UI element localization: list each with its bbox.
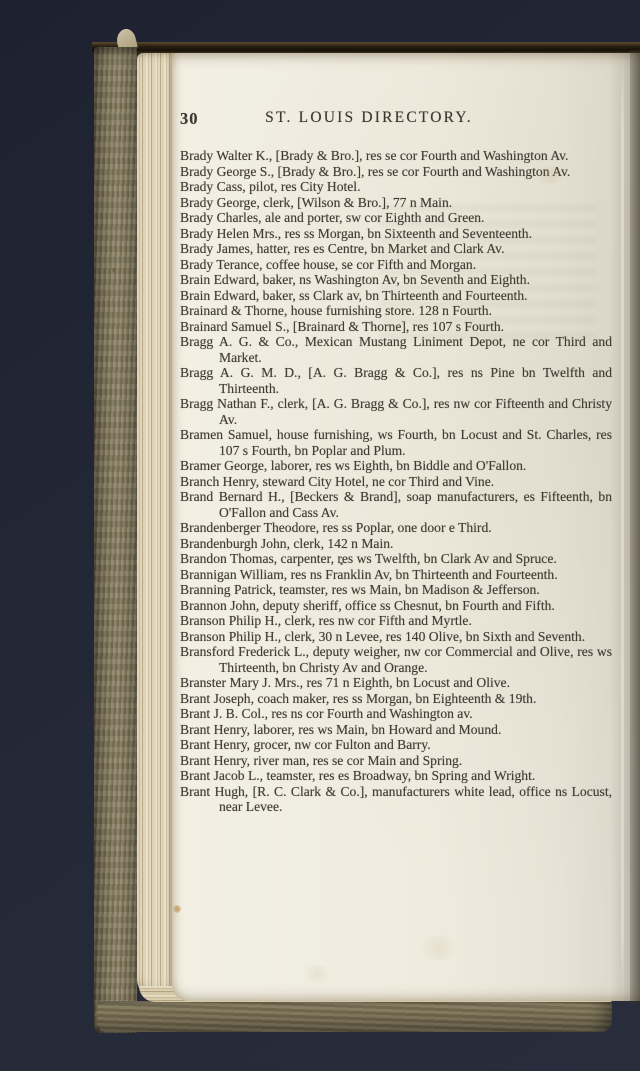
directory-entry: Branster Mary J. Mrs., res 71 n Eighth, … (180, 675, 612, 691)
directory-entry: Brannigan William, res ns Franklin Av, b… (180, 567, 612, 583)
directory-entry: Branson Philip H., clerk, 30 n Levee, re… (180, 629, 612, 645)
book-cover-bottom-edge (97, 1001, 612, 1032)
directory-entry: Brady George, clerk, [Wilson & Bro.], 77… (180, 195, 612, 211)
page-content: 30 ST. LOUIS DIRECTORY. Brady Walter K.,… (180, 110, 612, 815)
directory-entry: Branning Patrick, teamster, res ws Main,… (180, 582, 612, 598)
book-top-edge (92, 42, 640, 53)
directory-entry: Brant Jacob L., teamster, res es Broadwa… (180, 768, 612, 784)
page-fold-highlight (621, 53, 624, 1001)
directory-entry: Brandenburgh John, clerk, 142 n Main. (180, 536, 612, 552)
page-header: 30 ST. LOUIS DIRECTORY. (180, 110, 612, 138)
page-number: 30 (180, 111, 199, 127)
directory-entry: Brady Cass, pilot, res City Hotel. (180, 179, 612, 195)
directory-entry: Brady Walter K., [Brady & Bro.], res se … (180, 148, 612, 164)
directory-entry: Brandenberger Theodore, res ss Poplar, o… (180, 520, 612, 536)
directory-entry: Bramen Samuel, house furnishing, ws Four… (180, 427, 612, 458)
directory-entry: Bragg A. G. & Co., Mexican Mustang Linim… (180, 334, 612, 365)
directory-entry: Brant J. B. Col., res ns cor Fourth and … (180, 706, 612, 722)
directory-entry: Brant Henry, river man, res se cor Main … (180, 753, 612, 769)
directory-entry: Brain Edward, baker, ns Washington Av, b… (180, 272, 612, 288)
directory-entry: Bransford Frederick L., deputy weigher, … (180, 644, 612, 675)
directory-entry: Brant Joseph, coach maker, res ss Morgan… (180, 691, 612, 707)
right-gutter-edge (630, 50, 640, 1004)
directory-entry: Brant Hugh, [R. C. Clark & Co.], manufac… (180, 784, 612, 815)
directory-entry: Brain Edward, baker, ss Clark av, bn Thi… (180, 288, 612, 304)
directory-entry: Brady Terance, coffee house, se cor Fift… (180, 257, 612, 273)
directory-entry: Brainard Samuel S., [Brainard & Thorne],… (180, 319, 612, 335)
directory-entry: Brannon John, deputy sheriff, office ss … (180, 598, 612, 614)
directory-entry: Bragg Nathan F., clerk, [A. G. Bragg & C… (180, 396, 612, 427)
page-stack-fore-edge (137, 53, 173, 995)
directory-entry: Bragg A. G. M. D., [A. G. Bragg & Co.], … (180, 365, 612, 396)
photo-background: 30 ST. LOUIS DIRECTORY. Brady Walter K.,… (0, 0, 640, 1071)
directory-entry: Bramer George, laborer, res ws Eighth, b… (180, 458, 612, 474)
page-title: ST. LOUIS DIRECTORY. (265, 110, 473, 126)
directory-entry: Brand Bernard H., [Beckers & Brand], soa… (180, 489, 612, 520)
book-cover-left-edge (94, 47, 137, 1033)
directory-entry: Brainard & Thorne, house furnishing stor… (180, 303, 612, 319)
directory-entries: Brady Walter K., [Brady & Bro.], res se … (180, 148, 612, 815)
directory-entry: Branson Philip H., clerk, res nw cor Fif… (180, 613, 612, 629)
directory-entry: Brant Henry, grocer, nw cor Fulton and B… (180, 737, 612, 753)
directory-entry: Brady Charles, ale and porter, sw cor Ei… (180, 210, 612, 226)
directory-entry: Brady Helen Mrs., res ss Morgan, bn Sixt… (180, 226, 612, 242)
directory-entry: Branch Henry, steward City Hotel, ne cor… (180, 474, 612, 490)
directory-entry: Brandon Thomas, carpenter, res ws Twelft… (180, 551, 612, 567)
directory-entry: Brady George S., [Brady & Bro.], res se … (180, 164, 612, 180)
directory-entry: Brant Henry, laborer, res ws Main, bn Ho… (180, 722, 612, 738)
directory-entry: Brady James, hatter, res es Centre, bn M… (180, 241, 612, 257)
